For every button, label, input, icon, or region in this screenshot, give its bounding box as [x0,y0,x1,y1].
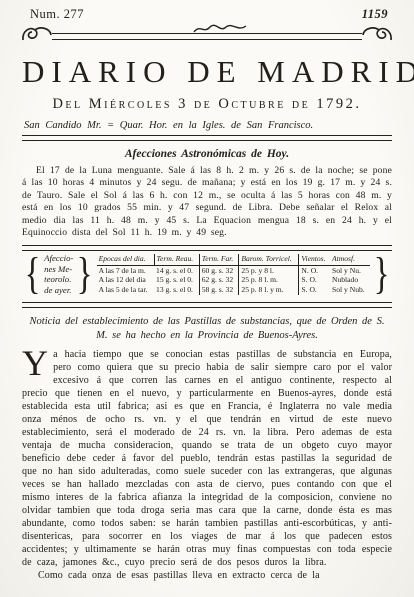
dateline: Del Miércoles 3 de Octubre de 1792. [22,96,392,113]
drop-cap: Y [22,348,53,377]
col-epocas: Epocas del dia. [97,254,154,265]
cell-barom: 25 p. 8 l. m. [239,275,299,285]
cell-epoca: A las 5 de la tar. [97,285,154,295]
masthead: DIARIO DE MADRID, Del Miércoles 3 de Oct… [22,54,392,113]
cell-viento: N. O. [299,265,330,275]
label-closing-brace: } [77,254,93,294]
right-brace: } [374,254,390,294]
label-line: teorolo. [44,274,71,284]
left-brace: { [25,254,41,294]
cell-far: 62 g. s. 32 [199,275,239,285]
table-row: A las 7 de la m. 14 g. s. el 0. 60 g. s.… [97,265,370,275]
newspaper-page: Num. 277 1159 DIARIO DE MADRID, Del Miér… [0,0,414,597]
cell-atmosf: Sol y Nu. [330,265,370,275]
cell-epoca: A las 7 de la m. [97,265,154,275]
cell-reau: 15 g. s. el 0. [154,275,199,285]
cell-viento: S. O. [299,275,330,285]
meteorology-label: Afeccio- nes Me- teorolo. de ayer. [43,253,74,295]
cell-far: 58 g. s. 32 [199,285,239,295]
col-term-far: Term. Far. [199,254,239,265]
cell-reau: 14 g. s. el 0. [154,265,199,275]
col-term-reau: Term. Reau. [154,254,199,265]
table-header-row: Epocas del dia. Term. Reau. Term. Far. B… [97,254,370,265]
astronomy-paragraph: El 17 de la Luna menguante. Sale á las 8… [22,165,392,239]
cell-far: 60 g. s. 32 [199,265,239,275]
meteorology-table-block: { Afeccio- nes Me- teorolo. de ayer. } E… [22,251,392,298]
cell-atmosf: Sol y Nub. [330,285,370,295]
page-number: 1159 [362,7,388,22]
col-barom: Barom. Torricel. [239,254,299,265]
table-bottom-rule [22,302,392,308]
article-paragraph-1: Ya hacia tiempo que se conocian estas pa… [22,348,392,569]
cell-atmosf: Nublado [330,275,370,285]
cell-barom: 25 p. 8 l. y m. [239,285,299,295]
issue-number: Num. 277 [30,7,84,22]
folio-line: Num. 277 1159 [22,7,392,22]
label-line: Afeccio- [44,253,73,263]
section-divider [22,135,392,141]
paragraph-text: a hacia tiempo que se conocian estas pas… [22,349,392,568]
table-row: A las 5 de la tar. 13 g. s. el 0. 58 g. … [97,285,370,295]
label-line: de ayer. [44,285,71,295]
table-row: A las 12 del dia 15 g. s. el 0. 62 g. s.… [97,275,370,285]
article-heading: Noticia del establecimiento de las Pasti… [22,315,392,342]
cell-reau: 13 g. s. el 0. [154,285,199,295]
newspaper-title: DIARIO DE MADRID, [22,54,392,90]
flourish-right-icon [360,24,394,48]
flourish-left-icon [20,24,54,48]
cell-viento: S. O. [299,285,330,295]
flourish-middle-icon [192,22,248,38]
label-line: nes Me- [44,264,72,274]
ornamental-rule [22,24,392,48]
meteorology-section: { Afeccio- nes Me- teorolo. de ayer. } E… [22,245,392,308]
meteorology-table: Epocas del dia. Term. Reau. Term. Far. B… [97,254,370,294]
col-vientos: Vientos. [299,254,330,265]
col-atmosf: Atmosf. [330,254,370,265]
cell-epoca: A las 12 del dia [97,275,154,285]
astronomy-heading: Afecciones Astronómicas de Hoy. [22,148,392,160]
saint-of-the-day: San Candido Mr. = Quar. Hor. en la Igles… [22,120,392,131]
cell-barom: 25 p. y 8 l. [239,265,299,275]
article-paragraph-2: Como cada onza de esas pastillas lleva e… [22,569,392,582]
